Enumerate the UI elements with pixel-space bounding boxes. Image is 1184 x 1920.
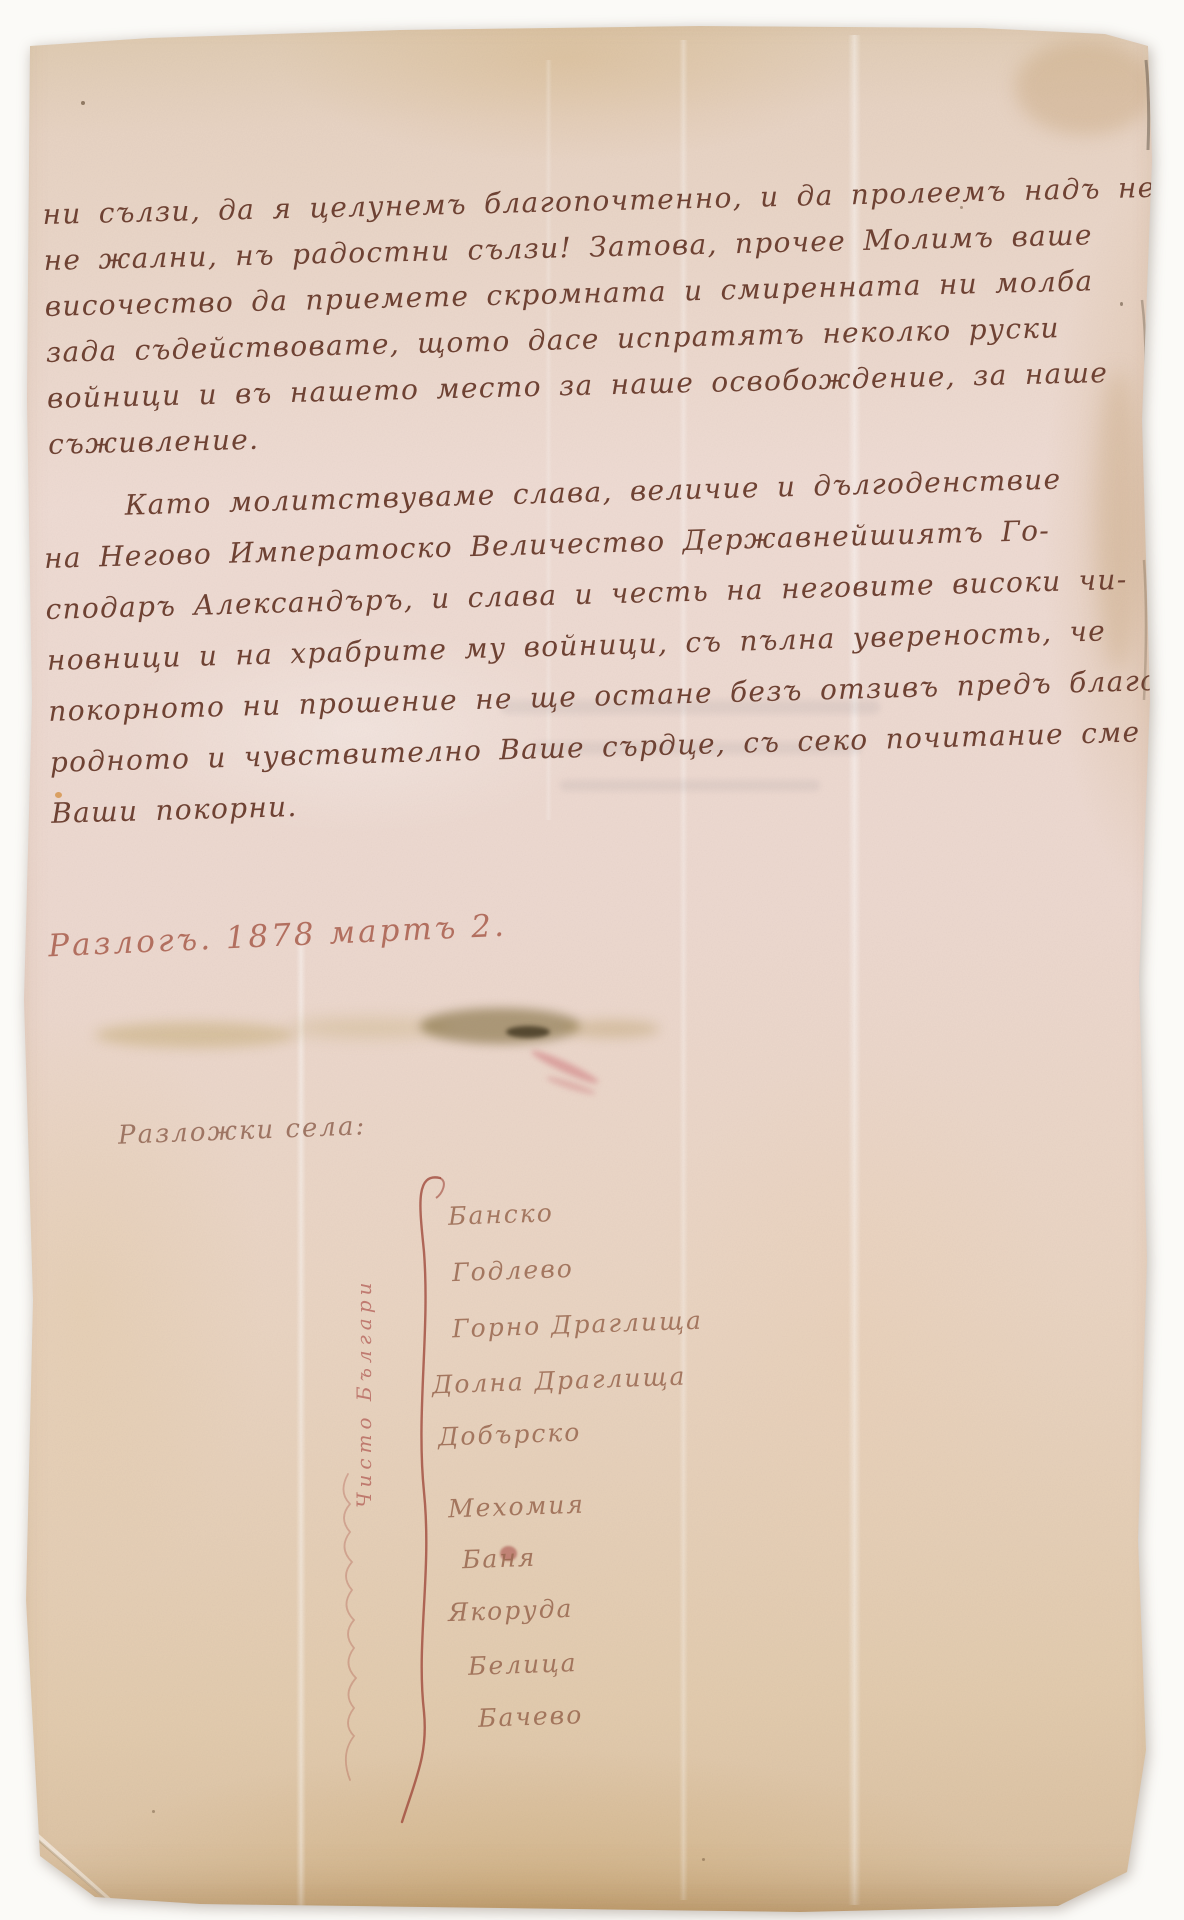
- village-name: Горно Драглища: [452, 1306, 704, 1344]
- manuscript-page: ни сълзи, да я целунемъ благопочтенно, и…: [0, 0, 1184, 1920]
- village-name: Якоруда: [448, 1594, 574, 1627]
- village-name: Годлево: [452, 1254, 575, 1287]
- corner-stain: [1015, 40, 1155, 135]
- village-name: Белица: [468, 1648, 578, 1681]
- villages-heading: Разложки села:: [118, 1111, 367, 1151]
- brace-squiggle-line: [396, 1172, 452, 1828]
- paper-shadow-wrapper: ни сълзи, да я целунемъ благопочтенно, и…: [0, 0, 1184, 1920]
- red-smudge: [545, 1074, 597, 1097]
- paper-speck: [702, 1858, 705, 1861]
- body-paragraph-1: ни сълзи, да я целунемъ благопочтенно, и…: [42, 164, 1182, 468]
- faint-script-squiggle: [322, 1470, 362, 1800]
- village-name: Бачево: [478, 1700, 584, 1733]
- date-line: Разлогъ. 1878 мартъ 2.: [47, 908, 507, 965]
- fold-crease: [296, 930, 306, 1910]
- stain-smear: [95, 1022, 295, 1048]
- paper-speck: [152, 1810, 155, 1813]
- stain-smear: [290, 1018, 450, 1038]
- village-name: Банско: [448, 1198, 555, 1231]
- body-paragraph-2: Като молитствуваме слава, величие и дълг…: [42, 451, 1173, 839]
- red-smudge: [529, 1047, 600, 1087]
- village-name: Мехомия: [448, 1490, 586, 1524]
- village-name: Баня: [462, 1543, 537, 1575]
- corner-fold: [22, 1808, 132, 1913]
- scanned-document-image: { "colors": { "paper": "#ead7c9", "ink_b…: [0, 0, 1184, 1920]
- stain-smear: [565, 1020, 660, 1038]
- rotated-marginal-note: Чисто Българи: [352, 1188, 376, 1508]
- paper-speck: [81, 101, 85, 105]
- village-name: Добърско: [438, 1418, 582, 1452]
- village-name: Долна Драглища: [432, 1362, 687, 1400]
- stain-smear-core: [506, 1026, 550, 1038]
- stain-smear-dark: [420, 1008, 580, 1044]
